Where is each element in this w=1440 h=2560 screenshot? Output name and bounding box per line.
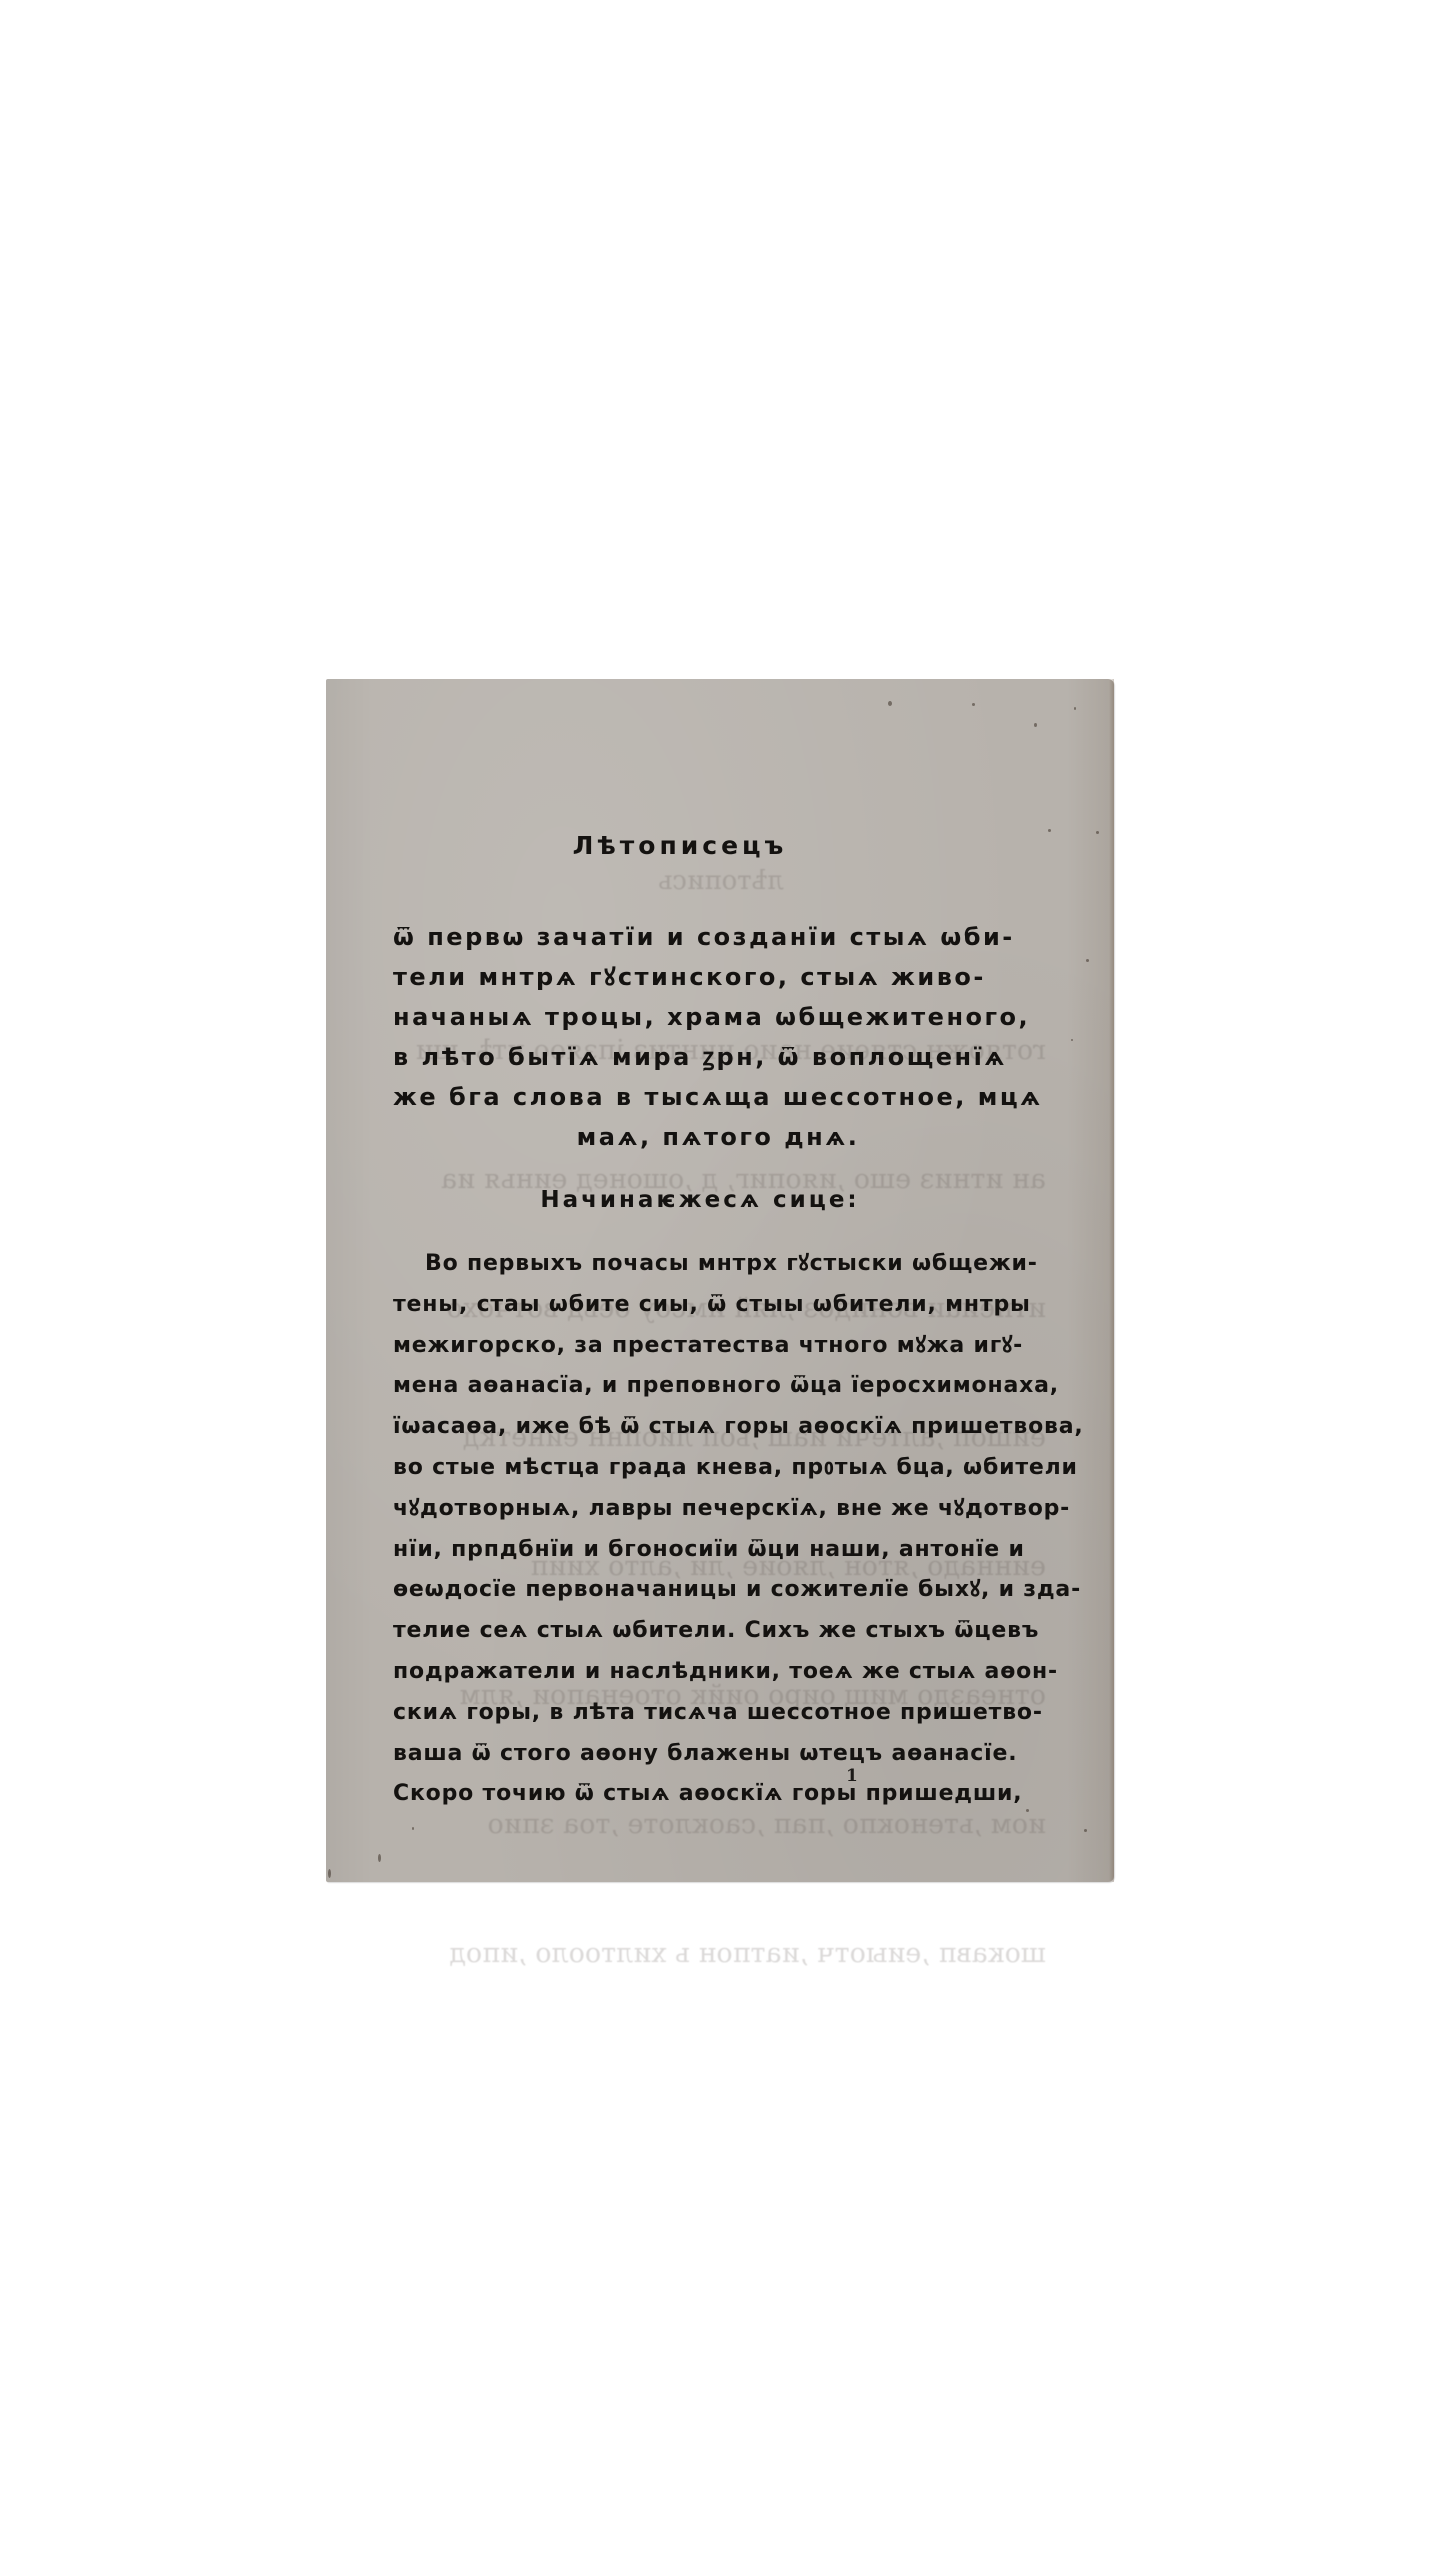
preamble: ѿ первѡ зачатїи и созданїи стыѧ ѡби- тел… <box>393 917 1043 1157</box>
page-title: Лѣтописецъ <box>326 831 1114 860</box>
body-line: їѡасаѳа, иже бѣ ѿ стыѧ горы аѳоскїѧ приш… <box>393 1407 1043 1448</box>
paper-speck <box>1096 831 1099 834</box>
paper-speck <box>888 701 892 706</box>
paper-speck <box>1074 707 1076 710</box>
preamble-line: ѿ первѡ зачатїи и созданїи стыѧ ѡби- <box>393 917 1043 957</box>
paper-speck <box>1034 723 1037 727</box>
body-line: нїи, прпдбнїи и бгоносиїи ѿци наши, анто… <box>393 1530 1043 1571</box>
paper-speck <box>412 1827 414 1830</box>
bleed-through-line: шокавп ,еиыотч ,иатпон ь хилтооло ,ипод <box>396 1932 1046 1975</box>
preamble-line: тели мнтрѧ гꙋстинского, стыѧ живо- <box>393 957 1043 997</box>
paper-speck <box>1071 1039 1073 1041</box>
body-line: подражатели и наслѣдники, тоеѧ же стыѧ а… <box>393 1652 1043 1693</box>
preamble-line: же бга слова в тысѧща шессотное, мцѧ <box>393 1077 1043 1117</box>
preamble-line: начаныѧ троцы, храма ѡбщежитеного, <box>393 997 1043 1037</box>
body-line: Во первыхъ почасы мнтрх гꙋстыски ѡбщежи- <box>393 1244 1043 1285</box>
preamble-line: в лѣто бытїѧ мира ꙁрн, ѿ воплощенїѧ <box>393 1037 1043 1077</box>
preamble-line: маѧ, пѧтого днѧ. <box>393 1117 1043 1157</box>
body-line: тены, стаы ѡбите сиы, ѿ стыы ѡбители, мн… <box>393 1285 1043 1326</box>
bleed-through-header: лѣтопись <box>396 860 1046 903</box>
body-line: телие сеѧ стыѧ ѡбители. Сихъ же стыхъ ѿц… <box>393 1611 1043 1652</box>
paper-speck <box>1084 1829 1087 1832</box>
body-line: чꙋдотворныѧ, лавры печерскїѧ, вне же чꙋд… <box>393 1489 1043 1530</box>
body-line: ѳеѡдосїе первоначаницы и сожителїе быхꙋ,… <box>393 1570 1043 1611</box>
body-line: мена аѳанасїа, и преповного ѿца їеросхим… <box>393 1366 1043 1407</box>
body-paragraph: Во первыхъ почасы мнтрх гꙋстыски ѡбщежи-… <box>393 1244 1043 1815</box>
body-line: ваша ѿ стого аѳону блажены ѡтецъ аѳанасї… <box>393 1734 1043 1775</box>
body-line: межигорско, за престатества чтного мꙋжа … <box>393 1326 1043 1367</box>
paper-speck <box>972 703 975 706</box>
body-line: скиѧ горы, в лѣта тисѧча шессотное прише… <box>393 1693 1043 1734</box>
page-number: 1 <box>846 1766 858 1786</box>
paper-speck <box>378 1854 381 1862</box>
paper-speck <box>328 1869 331 1878</box>
section-heading: Начинаѥжесѧ сице: <box>326 1187 1114 1213</box>
body-line: Скоро точию ѿ стыѧ аѳоскїѧ горы пришедши… <box>393 1774 1043 1815</box>
body-line: во стые мѣстца града кнева, прᲂтыѧ бца, … <box>393 1448 1043 1489</box>
paper-speck <box>1086 959 1089 962</box>
paper-speck <box>1026 1809 1029 1812</box>
paper-speck <box>1048 829 1051 832</box>
book-page: лѣтопись rотяожн стяеие наио нинтиз іпзя… <box>326 679 1114 1882</box>
